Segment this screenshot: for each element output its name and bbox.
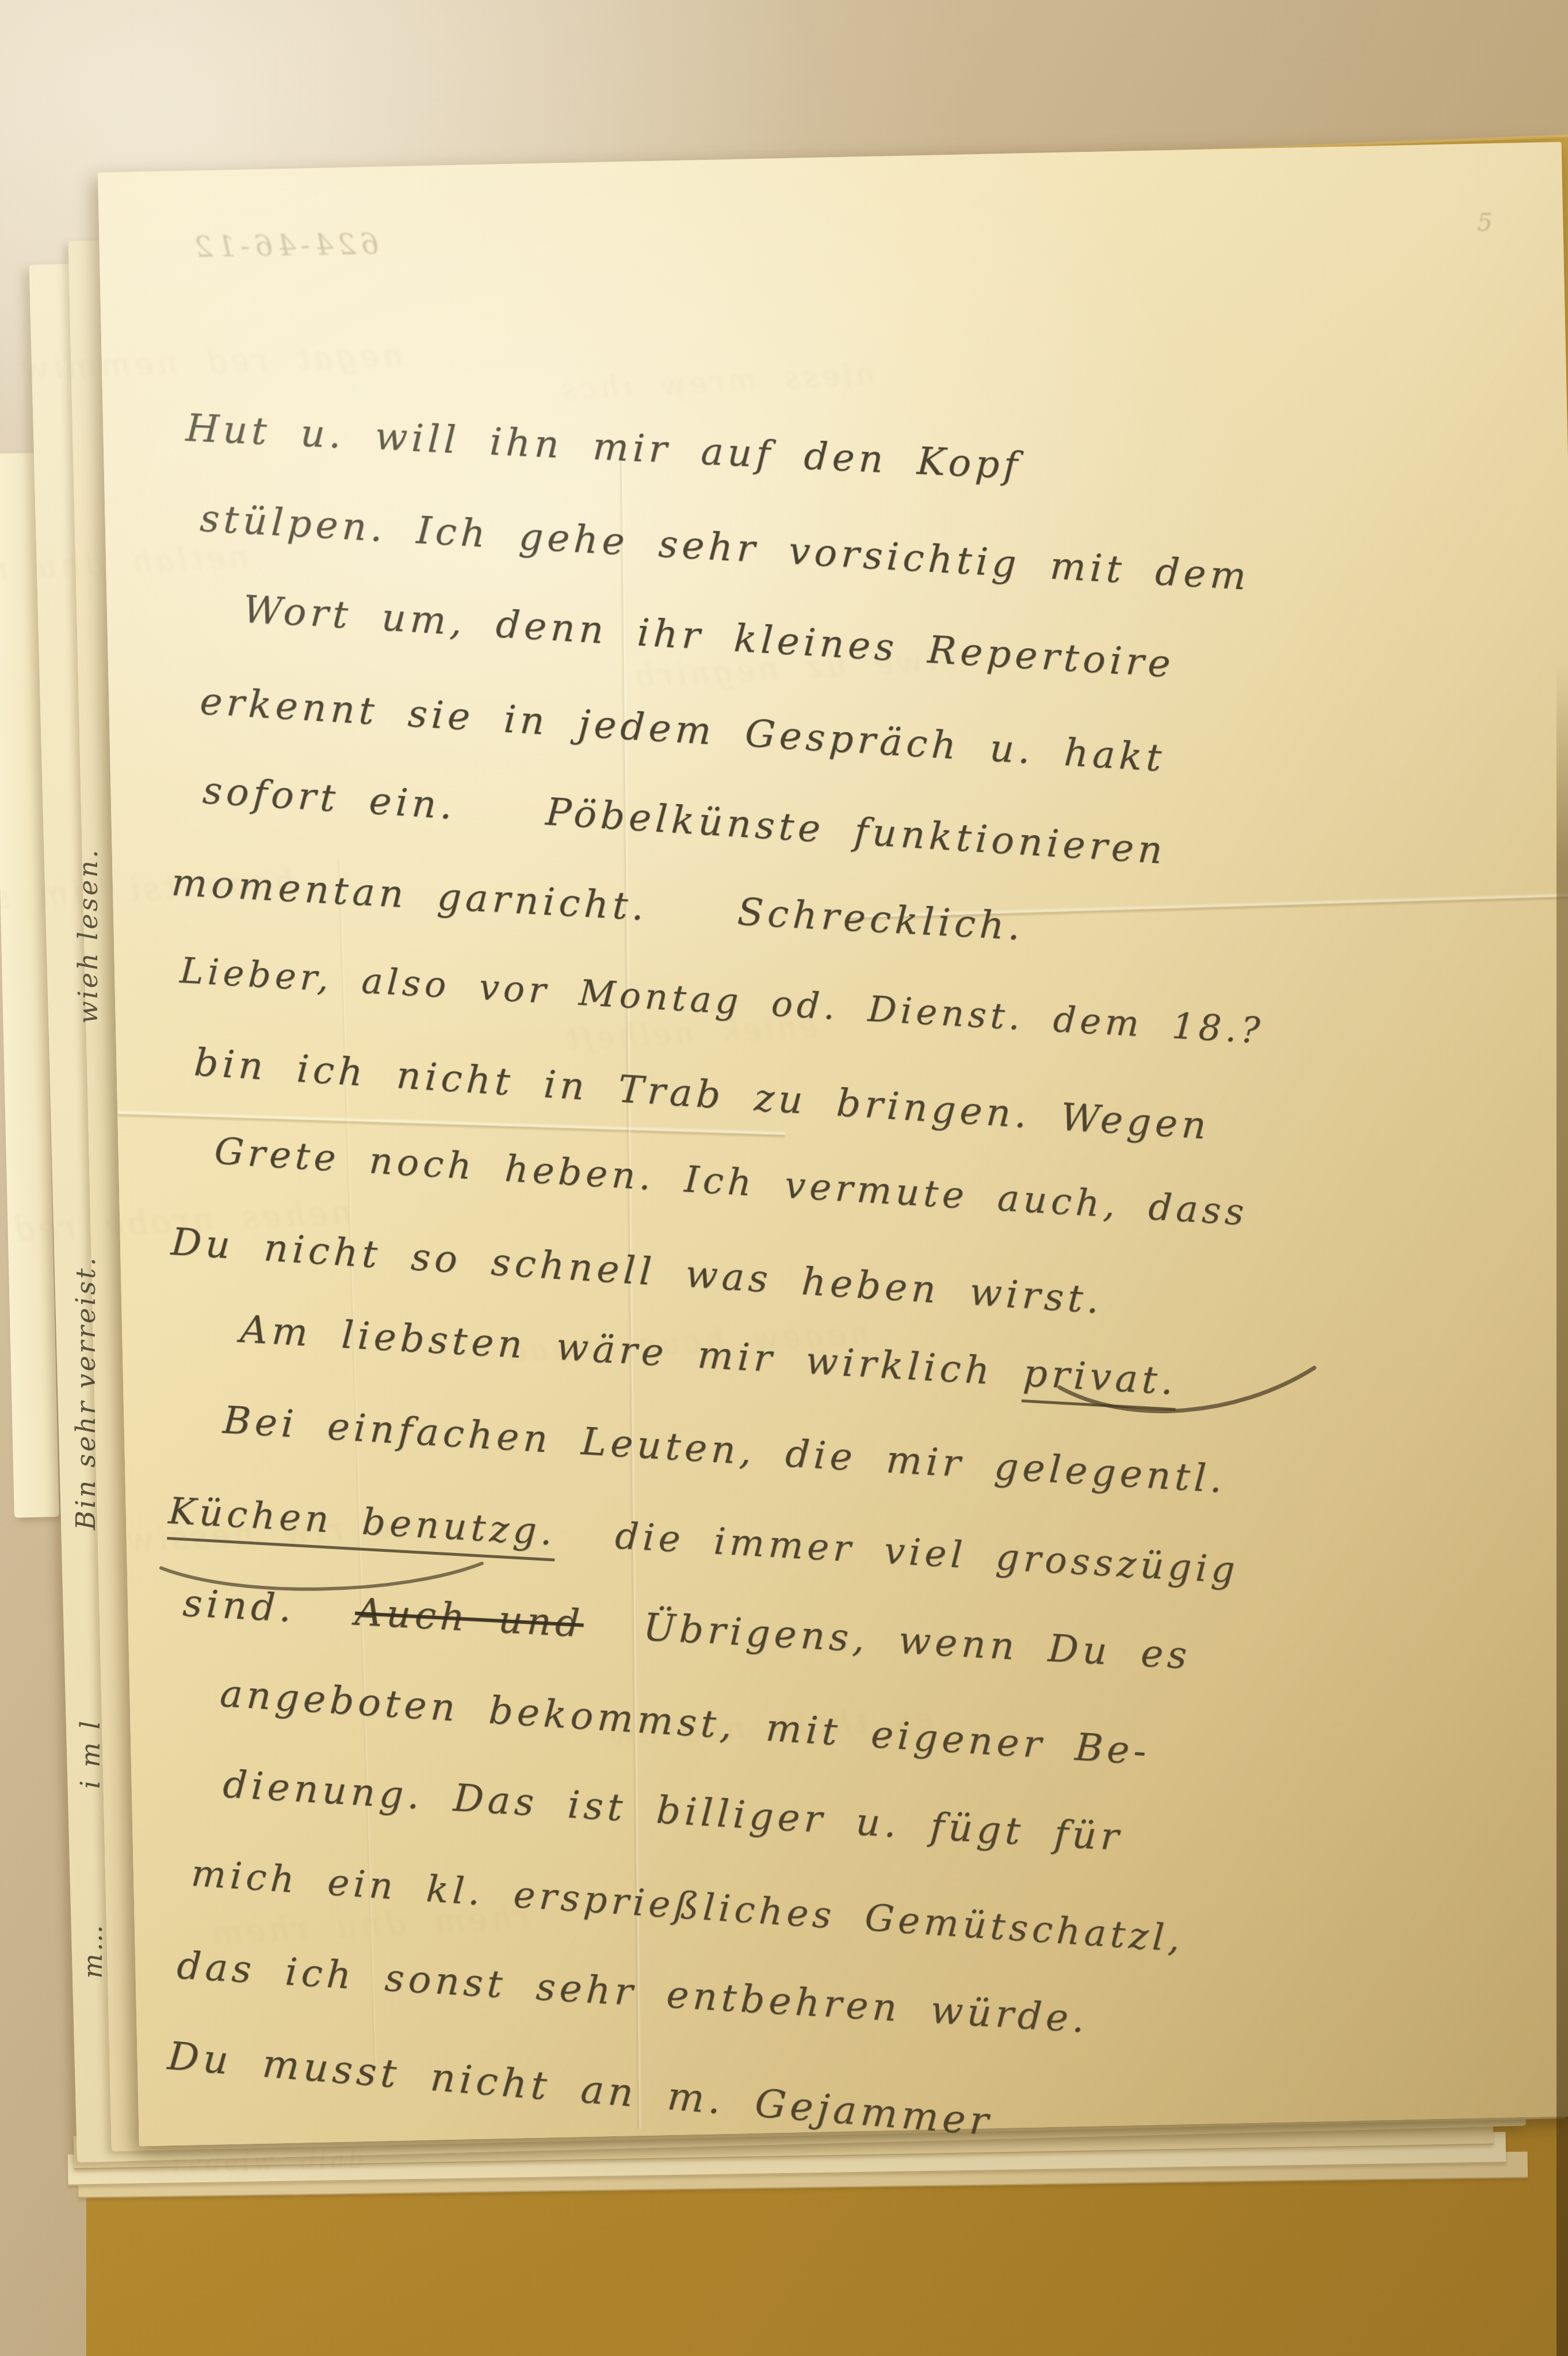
underline-flourish-kuechen xyxy=(155,1546,489,1604)
underline-flourish-privat xyxy=(1053,1357,1323,1432)
margin-note-segment: i m l xyxy=(75,1719,106,1789)
folder-edge-shadow xyxy=(1556,661,1568,2356)
bleedthrough-fragment: redeiw dlab xyxy=(173,2145,367,2177)
archival-photo: wieh lesen.Bin sehr verreist.i m lm… neg… xyxy=(0,0,1568,2356)
mirrored-pencil-number: 624-46-12 xyxy=(190,227,379,264)
margin-note-segment: m… xyxy=(77,1922,108,1979)
pencil-corner-mark: 5 xyxy=(1477,208,1493,236)
margin-note-segment: Bin sehr verreist. xyxy=(70,1255,101,1530)
